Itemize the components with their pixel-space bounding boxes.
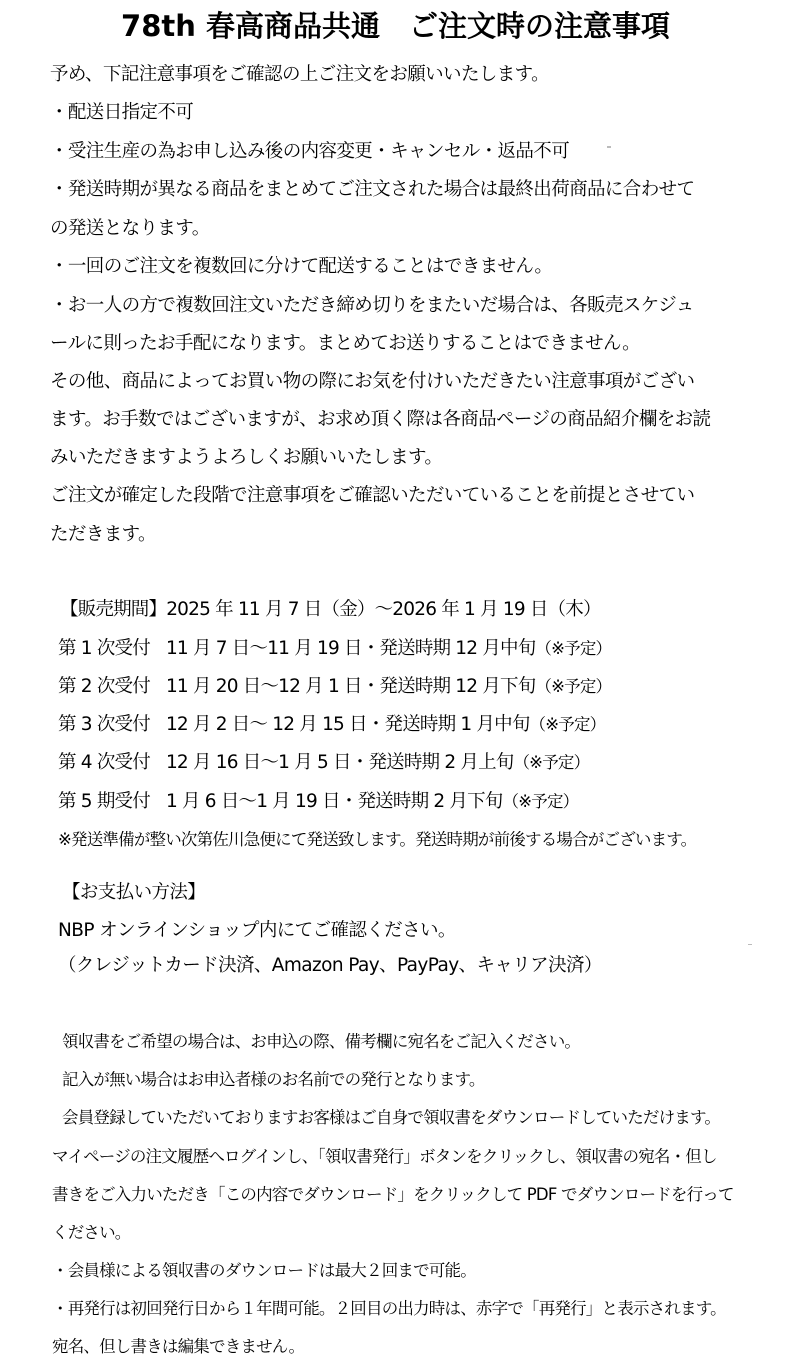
round-note: （※予定） — [535, 639, 611, 658]
intro-bullet-combined-shipping: ・発送時期が異なる商品をまとめてご注文された場合は最終出荷商品に合わせて — [50, 177, 694, 203]
intro-other-notes: その他、商品によってお買い物の際にお気を付けいただきたい注意事項がござい — [50, 369, 694, 395]
intro-line-cont: ます。お手数ではございますが、お求め頂く際は各商品ページの商品紹介欄をお読 — [50, 407, 710, 433]
receipt-bullet-reissue: ・再発行は初回発行日から１年間可能。２回目の出力時は、赤字で「再発行」と表示され… — [52, 1296, 726, 1322]
round-label: 第 5 期受付 — [58, 791, 150, 812]
round-label: 第 1 次受付 — [58, 638, 150, 659]
page-title: 78th 春高商品共通 ご注文時の注意事項 — [0, 6, 791, 46]
intro-line-cont: みいただきますようよろしくお願いいたします。 — [50, 445, 442, 471]
receipt-default-name: 記入が無い場合はお申込者様のお名前での発行となります。 — [62, 1067, 485, 1093]
sales-round-5: 第 5 期受付1 月 6 日〜1 月 19 日・発送時期 2 月下旬（※予定） — [58, 789, 578, 815]
round-note: （※予定） — [535, 677, 611, 696]
shipping-note: ※発送準備が整い次第佐川急便にて発送致します。発送時期が前後する場合がございます… — [58, 827, 696, 853]
intro-line-cont: ールに則ったお手配になります。まとめてお送りすることはできません。 — [50, 331, 640, 357]
intro-line-cont: の発送となります。 — [50, 216, 210, 242]
sales-round-1: 第 1 次受付11 月 7 日〜11 月 19 日・発送時期 12 月中旬（※予… — [58, 636, 611, 662]
intro-bullet-no-delivery-date: ・配送日指定不可 — [50, 100, 193, 126]
payment-info: NBP オンラインショップ内にてご確認ください。 — [58, 918, 456, 944]
payment-heading: 【お支払い方法】 — [62, 880, 205, 906]
round-label: 第 4 次受付 — [58, 752, 150, 773]
intro-confirmation: ご注文が確定した段階で注意事項をご確認いただいていることを前提とさせてい — [50, 483, 694, 509]
receipt-no-edit: 宛名、但し書きは編集できません。 — [52, 1334, 304, 1360]
receipt-instructions-cont: ください。 — [52, 1220, 131, 1246]
sales-period-heading: 【販売期間】2025 年 11 月 7 日（金）〜2026 年 1 月 19 日… — [60, 597, 601, 623]
receipt-member-download: 会員登録していただいておりますお客様はご自身で領収書をダウンロードしていただけま… — [62, 1105, 720, 1131]
round-label: 第 2 次受付 — [58, 676, 150, 697]
stray-mark — [748, 944, 752, 945]
round-note: （※予定） — [530, 715, 606, 734]
stray-mark — [607, 146, 611, 148]
sales-round-2: 第 2 次受付11 月 20 日〜12 月 1 日・発送時期 12 月下旬（※予… — [58, 674, 611, 700]
receipt-instructions-cont: 書きをご入力いただき「この内容でダウンロード」をクリックして PDF でダウンロ… — [52, 1182, 734, 1208]
intro-line-cont: ただきます。 — [50, 522, 156, 548]
intro-bullet-multiple-orders: ・お一人の方で複数回注文いただき締め切りをまたいだ場合は、各販売スケジュ — [50, 293, 694, 319]
round-period: 12 月 16 日〜1 月 5 日・発送時期 2 月上旬 — [166, 752, 514, 773]
round-label: 第 3 次受付 — [58, 714, 150, 735]
round-period: 11 月 20 日〜12 月 1 日・発送時期 12 月下旬 — [166, 676, 535, 697]
round-period: 12 月 2 日〜 12 月 15 日・発送時期 1 月中旬 — [166, 714, 530, 735]
sales-round-3: 第 3 次受付12 月 2 日〜 12 月 15 日・発送時期 1 月中旬（※予… — [58, 712, 605, 738]
intro-line: 予め、下記注意事項をご確認の上ご注文をお願いいたします。 — [50, 62, 549, 88]
receipt-bullet-download-limit: ・会員様による領収書のダウンロードは最大２回まで可能。 — [52, 1258, 476, 1284]
payment-methods: （クレジットカード決済、Amazon Pay、PayPay、キャリア決済） — [58, 953, 602, 979]
intro-bullet-no-cancel: ・受注生産の為お申し込み後の内容変更・キャンセル・返品不可 — [50, 139, 569, 165]
round-period: 1 月 6 日〜1 月 19 日・発送時期 2 月下旬 — [166, 791, 503, 812]
receipt-request: 領収書をご希望の場合は、お申込の際、備考欄に宛名をご記入ください。 — [62, 1029, 580, 1055]
receipt-instructions: マイページの注文履歴へログインし、「領収書発行」ボタンをクリックし、領収書の宛名… — [52, 1144, 717, 1170]
round-note: （※予定） — [513, 753, 589, 772]
round-period: 11 月 7 日〜11 月 19 日・発送時期 12 月中旬 — [166, 638, 535, 659]
intro-bullet-no-split: ・一回のご注文を複数回に分けて配送することはできません。 — [50, 254, 552, 280]
round-note: （※予定） — [503, 792, 579, 811]
sales-round-4: 第 4 次受付12 月 16 日〜1 月 5 日・発送時期 2 月上旬（※予定） — [58, 750, 589, 776]
